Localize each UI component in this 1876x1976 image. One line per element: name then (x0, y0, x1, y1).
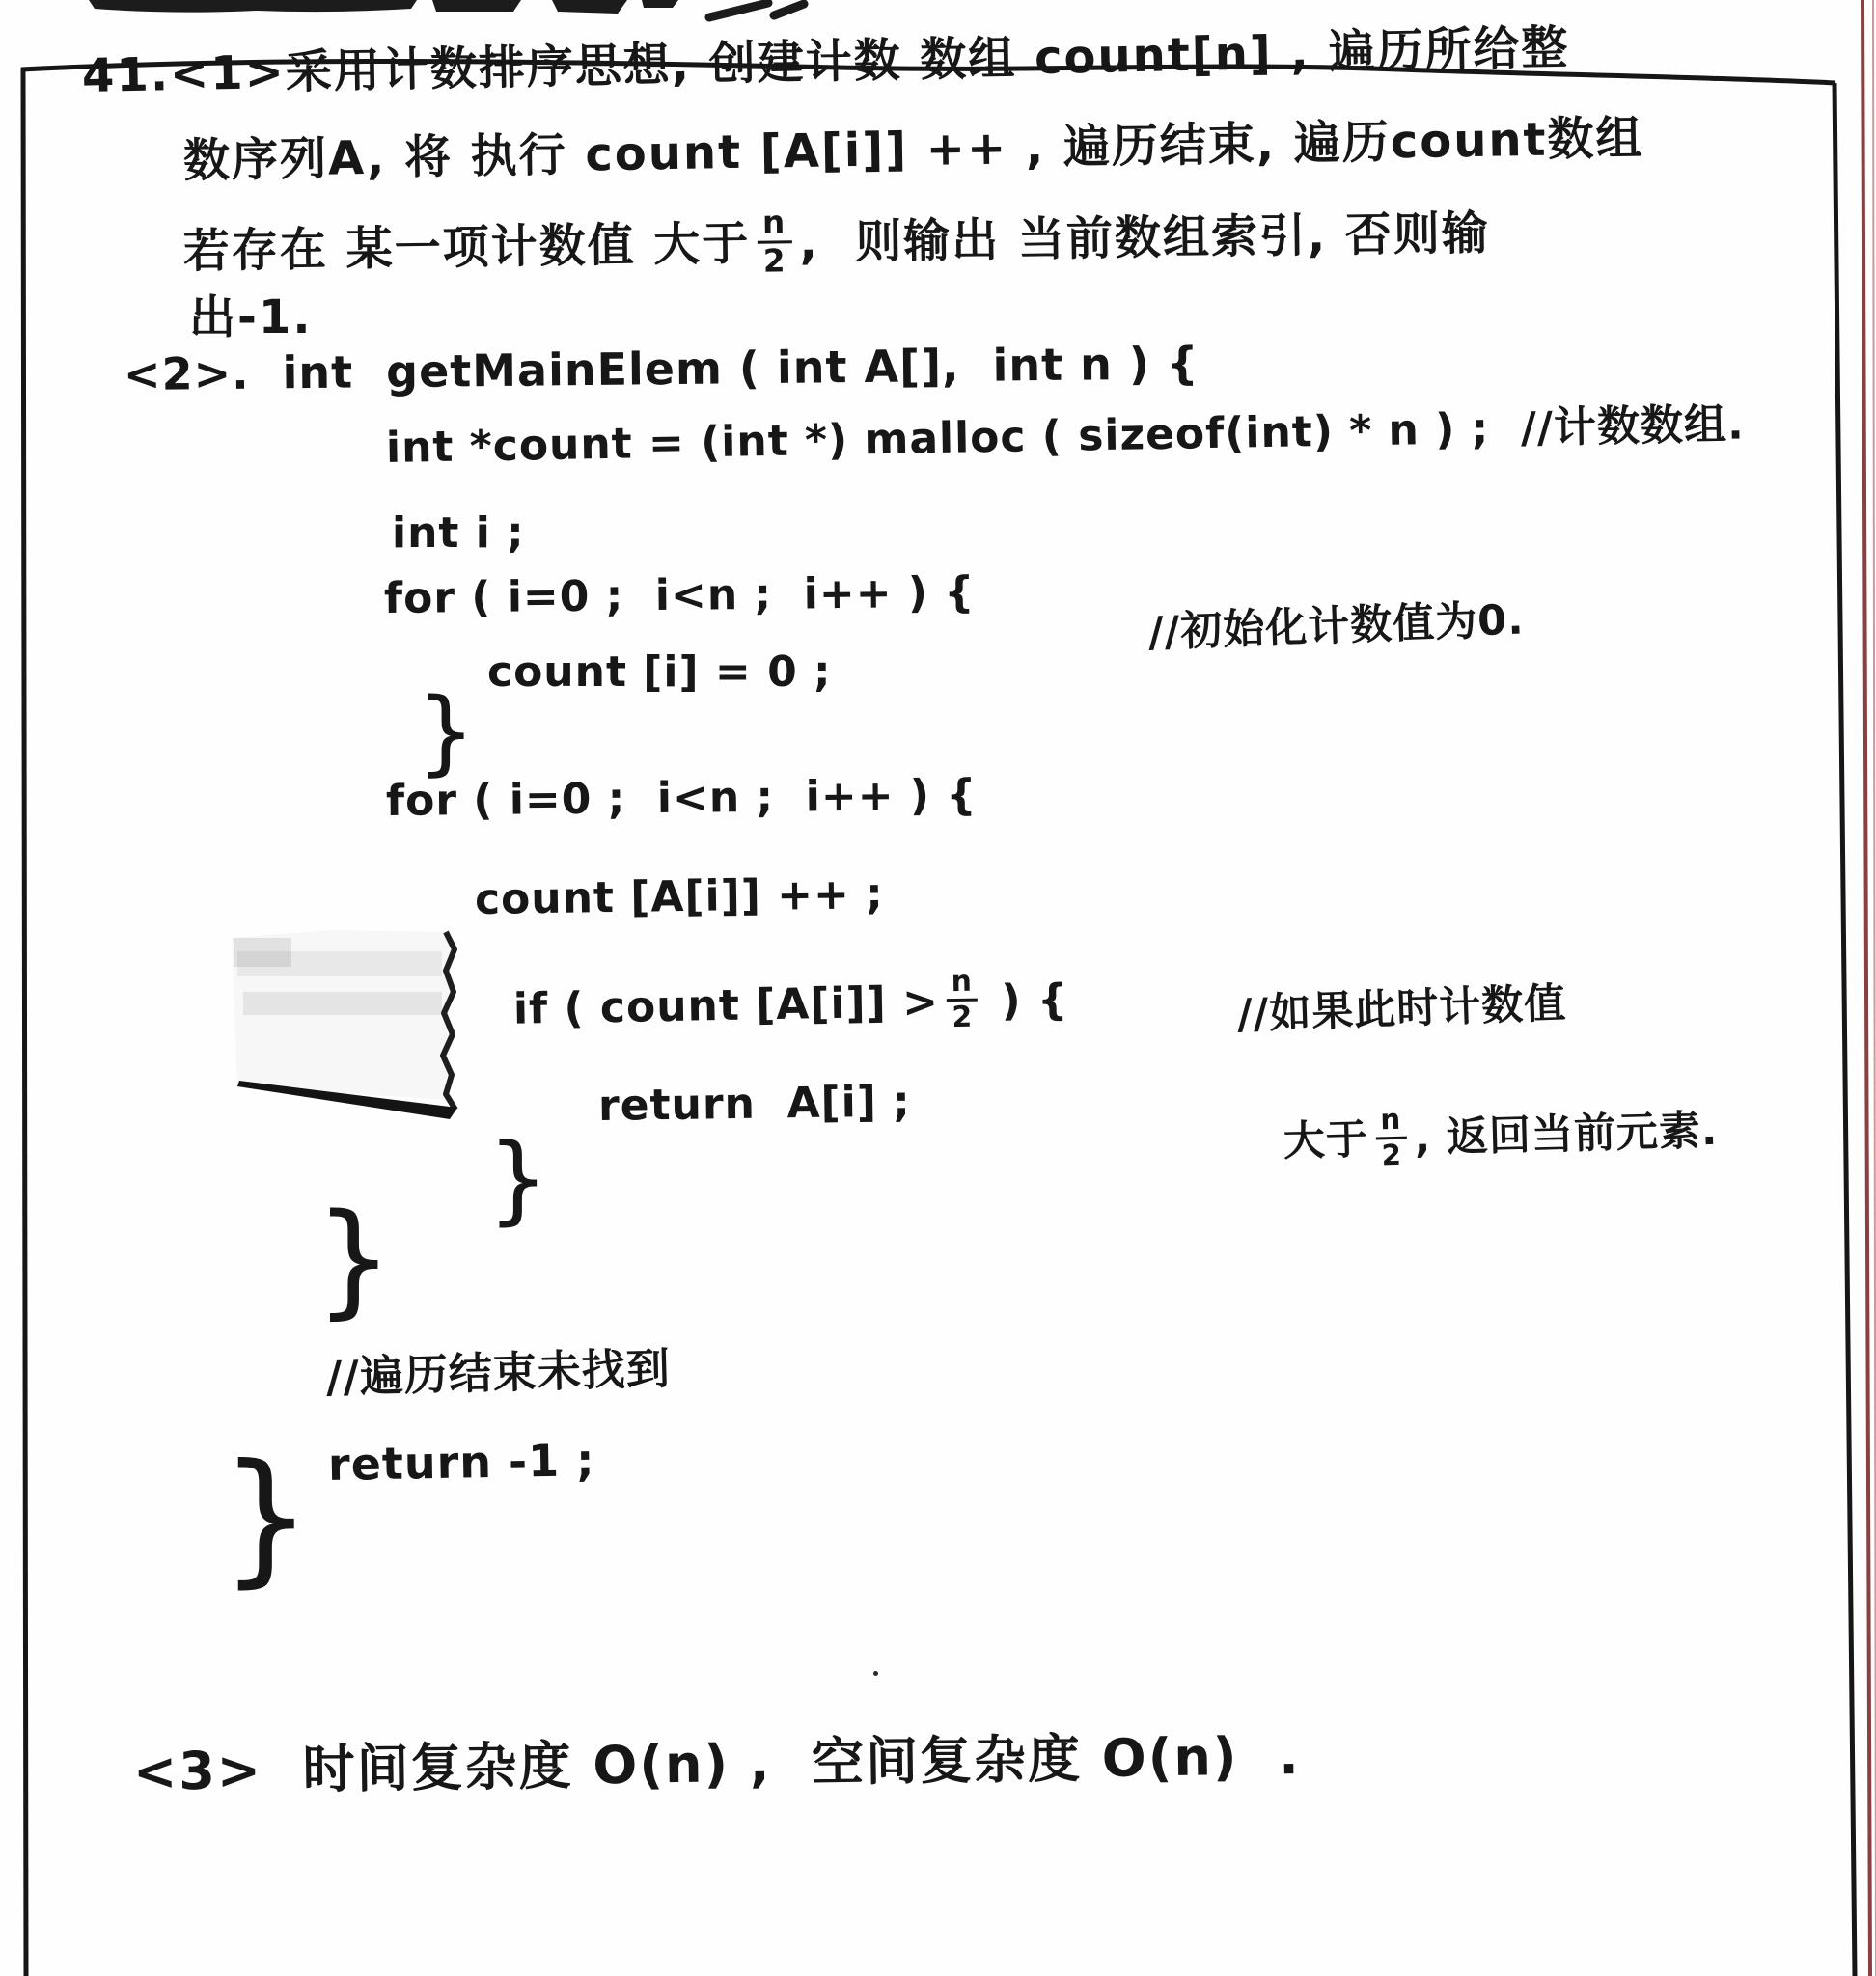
cut-off-writing-fragments-right (709, 3, 804, 17)
code-for-loop-2: for ( i=0 ; i<n ; i++ ) { (386, 772, 978, 827)
patch-diagonal-stroke (237, 1081, 457, 1119)
answer-part1-line1: 41.<1>采用计数排序思想, 创建计数 数组 count[n] , 遍历所给整 (81, 21, 1569, 103)
code-function-signature: <2>. int getMainElem ( int A[], int n ) … (124, 338, 1200, 400)
code-return-neg1: return -1 ; (328, 1435, 595, 1491)
code-count-increment: count [A[i]] ++ ; (475, 870, 885, 925)
comment-not-found: //遍历结束未找到 (325, 1344, 671, 1403)
patch-jagged-edge (443, 932, 455, 1110)
fraction-n-over-2: n2 (758, 206, 792, 279)
brace-close-function: } (220, 1445, 312, 1590)
code-if-line: if ( count [A[i]] >n2 ) { (512, 969, 1069, 1046)
answer-part1-line3: 若存在 某一项计数值 大于n2, 则输出 当前数组索引, 否则输 (182, 200, 1490, 290)
code-for-loop-1: for ( i=0 ; i<n ; i++ ) { (384, 569, 976, 624)
code-int-i: int i ; (392, 509, 525, 559)
comment-if-line2: 大于n2, 返回当前元素. (1283, 1100, 1719, 1177)
correction-tape-patch (214, 917, 480, 1124)
answer-part1-line2: 数序列A, 将 执行 count [A[i]] ++ , 遍历结束, 遍历cou… (183, 112, 1644, 188)
brace-close-if: } (487, 1131, 549, 1227)
code-return-elem: return A[i] ; (598, 1078, 912, 1131)
fraction-n-over-2: n2 (1375, 1105, 1408, 1171)
cut-off-writing-fragments (89, 0, 678, 14)
fraction-n-over-2: n2 (946, 967, 979, 1034)
ink-speck (873, 1671, 878, 1676)
brace-close-for1: } (417, 687, 475, 779)
code-malloc-line: int *count = (int *) malloc ( sizeof(int… (386, 400, 1746, 473)
answer-part3-complexity: <3> 时间复杂度 O(n) , 空间复杂度 O(n) . (133, 1726, 1301, 1802)
scanned-answer-sheet: { "colors": { "ink": "#171717", "answer_… (0, 0, 1876, 1976)
red-margin-rule (1862, 0, 1870, 1976)
brace-close-for2: } (315, 1198, 393, 1322)
comment-if-line1: //如果此时计数值 (1236, 980, 1567, 1039)
code-count-init: count [i] = 0 ; (487, 648, 832, 698)
comment-count-array: //计数数组. (1520, 399, 1745, 453)
answer-box-left-border (23, 68, 26, 1976)
comment-init-count: //初始化计数值为0. (1147, 596, 1525, 657)
answer-part1-line4: 出-1. (189, 291, 313, 344)
answer-box-right-border (1835, 83, 1855, 1976)
